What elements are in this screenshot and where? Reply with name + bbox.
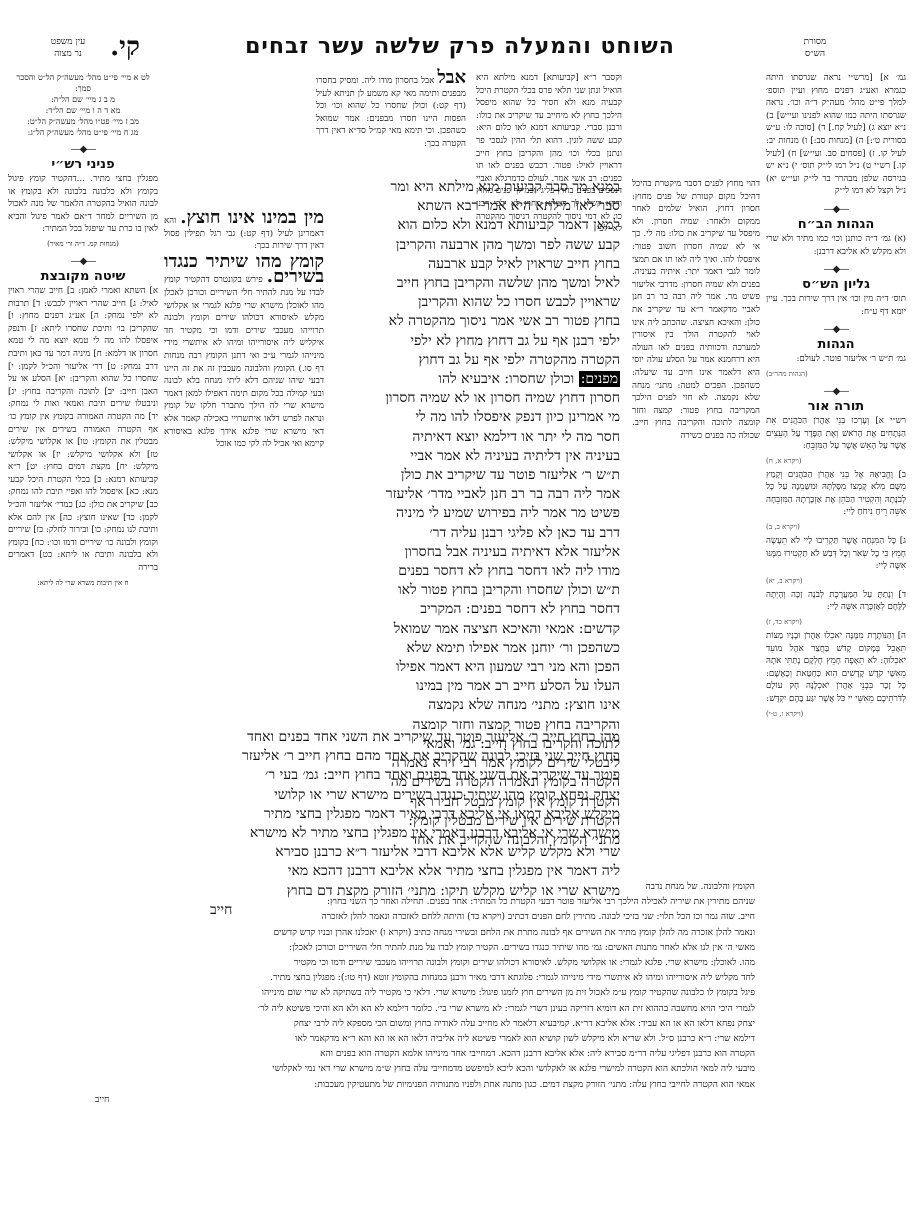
gemara-line: מיקלש אליבא דמאן אי אליבא דרבי מאיר דאמר… — [210, 805, 620, 824]
gemara-line: מפנים: וכולן שחסרו: איבעיא להו — [334, 370, 620, 389]
gemara-line: קבע ששה לפר ומשך מהן ארבעה והקריבן — [334, 236, 620, 255]
rashi-column: דהוי מחוץ לפנים דסבר מיקטרת בהיכל דהיכל … — [632, 178, 760, 442]
gemara-line: אליעזר אלא דאיתיה בעיניה אבל בחסרון — [334, 543, 620, 562]
penini-rashi-title: פניני רש״י — [8, 159, 158, 170]
gemara-line: שראויין לכבש חסרו כל שהוא והקריבן — [334, 293, 620, 312]
hagahot-bach-title: הגהות הב״ח — [766, 219, 906, 230]
commentary-line: לחד מקליש ליה איסורייהו ומיהו לא איתשרי … — [95, 971, 755, 986]
gemara-line: חסר מה לי יתר או דילמא יוצא דאיתיה — [334, 428, 620, 447]
gemara-line: מי אמרינן כיון דנפק איפסלו להו מה לי — [334, 408, 620, 427]
hagahot-bach-text: (א) גמ׳ ד״ה כותנן וכו׳ כמו מתיר ולא שרי … — [766, 233, 906, 258]
shita-mekubetzet-title: שיטה מקובצת — [8, 271, 158, 282]
torah-or-verse: רש״י א] וְעָרְכוּ בְּנֵי אַהֲרֹן הַכֹּהֲ… — [766, 415, 906, 453]
ornament-divider: —◆— — [766, 324, 906, 335]
penini-rashi-text: מפגלין בחצי מתיר. ...דהקטיר קומץ פיגול ב… — [8, 173, 158, 236]
gemara-line: סבר לאו מילתא היא אמר רבא השתא — [334, 197, 620, 216]
gemara-line: ת״ש וכולן שחסרו והקריבן בחוץ פטור לאו — [334, 581, 620, 600]
tosafot-heading: מין במינו אינו חוצץ. — [180, 207, 324, 228]
torah-or-verse: ג] כָּל הַמִּנְחָה אֲשֶׁר תַּקְרִיבוּ לַ… — [766, 535, 906, 573]
verse-source: (ויקרא ב, ב) — [766, 522, 906, 533]
gemara-line: ת״ש ר׳ אליעזר פוטר עד שיקריב את כולן — [334, 466, 620, 485]
gilyon-title: גליון הש״ס — [766, 279, 906, 290]
gemara-line: בחוץ חייב שני בזיכי לבונה שהקריב את אחד … — [210, 747, 620, 766]
gemara-line: בחוץ חייב שראוין לאיל קבע ארבעה — [334, 255, 620, 274]
gemara-line: אמר ליה רבה בר רב חנן לאביי מדר׳ אליעזר — [334, 485, 620, 504]
opening-word: אבל — [437, 67, 466, 88]
gilyon-text: תוס׳ ד״ה מין וכו׳ אין דרך שירות בכך. עיי… — [766, 293, 906, 318]
label-line: מסורת — [790, 36, 840, 48]
label-line: נר מצוה — [38, 48, 98, 60]
commentary-line: שניהם מתירין את שיריה לאכילה הילכך רבי א… — [95, 895, 755, 910]
shita-mekubetzet-text: א] השתא ואמרי לאמן: ב] חייב שהרי ראוין ל… — [8, 285, 158, 575]
masoret-text: גמ׳ א] [מרש״י נראה שגרסתו היתה כגמרא ואע… — [766, 72, 906, 198]
commentary-line: לגמרי היכי הויא מחשבה בההוא זית הא דומיא… — [95, 1002, 755, 1017]
gemara-line: ילפי רבנן אף על גב דחוץ מחוץ לא ילפי — [334, 332, 620, 351]
torah-or-title: תורה אור — [766, 401, 906, 412]
bottom-commentary: הקומץ והלבונה. של מנחת נדבה שניהם מתירין… — [95, 880, 755, 1108]
gemara-line: העלו על הסלע חייב רב אמר מין במינו — [334, 677, 620, 696]
ein-mishpat-entry: מג ח מיי׳ פי״ט מהל׳ מעשה״ק הל״ג: — [8, 127, 158, 138]
torah-or-verse: ה] וְהַנּוֹתֶרֶת מִמֶּנָּה יֹאכְלוּ אַהֲ… — [766, 630, 906, 706]
commentary-line: הקומץ והלבונה. של מנחת נדבה — [95, 880, 755, 895]
gemara-line-text: וכולן שחסרו: איבעיא להו — [438, 371, 574, 387]
torah-or-verse: ד] וְנָתַתָּ עַל הַמַּעֲרֶכֶת לְבֹנָה זַ… — [766, 589, 906, 614]
page-title: השוחט והמעלה פרק שלשה עשר זבחים — [240, 34, 680, 59]
gemara-line: אינו חוצץ: מתני׳ מנחה שלא נקמצה — [334, 696, 620, 715]
masoret-hashas-label: מסורת הש״ס — [790, 36, 840, 60]
gemara-line: בחוץ פטור רב אשי אמר ניסוך מהקטרה לא — [334, 312, 620, 331]
gemara-line: הקטרה מהקטרה ילפי אף על גב דחוץ — [334, 351, 620, 370]
tosafot-entry: קומץ מהו שיתיר כנגדו בשירים. פירש בקונטר… — [164, 256, 324, 451]
highlighted-word: מפנים: — [579, 371, 620, 387]
ein-mishpat-entry: מב ז מיי׳ פט״ו מהל׳ מעשה״ק הל״ט: — [8, 116, 158, 127]
left-margin: לט א מיי׳ פי״ט מהל׳ מעשה״ק הל״ט והסכר סמ… — [8, 72, 158, 589]
gemara-line: פוטר עד שיקריב את השני אחד בפנים ואחד בח… — [210, 766, 620, 785]
commentary-line: חייב. שזה גמר וכו הכל תלוי: שני בזיכי לב… — [95, 910, 755, 925]
torah-or-verse: ב] וֶהֱבִיאָהּ אֶל בְּנֵי אַהֲרֹן הַכֹּה… — [766, 469, 906, 519]
ornament-divider: —◆— — [766, 264, 906, 275]
commentary-line: מהו. לאוכלן: מישרא שרי. פלגא לגמרי: או א… — [95, 956, 755, 971]
tosafot-column: מין במינו אינו חוצץ. והא דאמרינן לעיל (ד… — [164, 212, 324, 454]
commentary-line: דילמא שרי: ר״א כרבנן ס״ל. ולא שריא ולא מ… — [95, 1032, 755, 1047]
hagahot-title: הגהות — [766, 339, 906, 350]
penini-rashi-source: (מנחות קמ. ד״ה ור׳ מאיר) — [8, 239, 158, 250]
commentary-line: מאשי ה׳ אין לנו אלא לאחר מתנות האשים: גמ… — [95, 941, 755, 956]
gemara-line: מהן בחוץ חייב ר׳ אליעזר פוטר עד שיקריב א… — [210, 728, 620, 747]
ornament-divider: —◆— — [766, 204, 906, 215]
ornament-divider: —◆— — [766, 386, 906, 397]
commentary-line: מיבעי ליה למאי הולכתא הוא הקטרה למישרי פ… — [95, 1062, 755, 1077]
verse-source: (ויקרא ב, יא) — [766, 576, 906, 587]
ornament-divider: —◆— — [8, 144, 158, 155]
gemara-line: דחסר בחוץ לא דחסר בפנים: המקריב — [334, 600, 620, 619]
daf-number: קי. — [95, 32, 155, 62]
ein-mishpat-entry: מ ב ג מיי׳ שם הל״ה: — [8, 94, 158, 105]
gemara-line: קדשים: אמאי והאיכא חציצה אמר שמואל — [334, 620, 620, 639]
gemara-line: מישרא שרי אי אליבא דרבנן דאמרי אין מפגלי… — [210, 824, 620, 843]
commentary-line: הקטרה הוא כרבנן דפליגי עליה דר״מ סבירא ל… — [95, 1047, 755, 1062]
label-line: עין משפט — [38, 36, 98, 48]
ein-mishpat-entry: לט א מיי׳ פי״ט מהל׳ מעשה״ק הל״ט והסכר סמ… — [8, 72, 158, 94]
gemara-line: הפכן והא מני רבי שמעון היא דאמר אפילו — [334, 658, 620, 677]
gemara-line: חסרון דחוץ שמיה חסרון או לא שמיה חסרון — [334, 389, 620, 408]
gemara-line: פשיט מר אמר ליה בפירוש שמיע לי מיניה — [334, 504, 620, 523]
gemara-line: ליה דאמר אין מפגלין בחצי מתיר אלא אליבא … — [210, 862, 620, 881]
label-line: הש״ס — [790, 48, 840, 60]
gemara-line: למאן דאמר קביעותא דמנא ולא כלום הוא — [334, 216, 620, 235]
gemara-line: כשהפכן ור׳ יוחנן אמר אפילו תימא שלא — [334, 639, 620, 658]
tosafot-entry: מין במינו אינו חוצץ. והא דאמרינן לעיל (ד… — [164, 212, 324, 253]
verse-source: (ויקרא כד, ז) — [766, 617, 906, 628]
commentary-line: יצחק נפחא דלאו הא או הא עביד: אלא אליבא … — [95, 1017, 755, 1032]
gemara-line: דרב עד כאן לא פליגי רבנן עליה דר׳ — [334, 524, 620, 543]
tosafot-entry-text: פירש בקונטרס דהקטיר קומץ לבדו על מנת להת… — [164, 275, 324, 449]
right-margin: גמ׳ א] [מרש״י נראה שגרסתו היתה כגמרא ואע… — [766, 72, 906, 722]
hagahot-text: גמ׳ ת״ש ר׳ אליעזר פוטר. לעולם: — [766, 353, 906, 366]
ein-mishpat-entry: מא ד ה ו מיי׳ שם הל״ד: — [8, 105, 158, 116]
verse-source: (ויקרא א, ח) — [766, 456, 906, 467]
commentary-line: אמאי הוא הקטרה לחייבי בחוץ עלה: מתני׳ הז… — [95, 1078, 755, 1093]
commentary-line: פיגל בקומץ לו כלבונה שהקטיר קומץ ע״מ לאכ… — [95, 986, 755, 1001]
ornament-divider: —◆— — [8, 256, 158, 267]
tosafot-top: אבל אבל בחסרון מודו ליה. ומסיק בחסרו מבפ… — [316, 72, 466, 151]
gemara-line: לאיל ומשך מהן שלשה והקריבן בחוץ חייב — [334, 274, 620, 293]
commentary-line: ונאמר להלן אזכרה מה להלן קומץ מתיר את הש… — [95, 926, 755, 941]
hagahot-source: (הגהות מהר״ב) — [766, 369, 906, 380]
shita-footer: ח אין תיבות משרא שרי לה ליתא: — [8, 578, 158, 589]
gemara-line: בעיניה אין דליתיה בעיניה לא אמר אביי — [334, 447, 620, 466]
gemara-line: במנא מר סבר קביעות מנא מילתא היא ומר — [334, 178, 620, 197]
ein-mishpat-label: עין משפט נר מצוה — [38, 36, 98, 60]
gemara-line: מודו ליה לאו דחסר בחוץ לא דחסר בפנים — [334, 562, 620, 581]
gemara-line: יצחק נפחא קומץ מהו שיתיר כנגדו בשירים מי… — [210, 786, 620, 805]
catchword: חייב — [95, 1093, 755, 1108]
gemara-line: שרי ולא מקלש קליש אלא אליבא דרבי אליעזר … — [210, 843, 620, 862]
verse-source: (ויקרא ו, ט-י) — [766, 709, 906, 720]
